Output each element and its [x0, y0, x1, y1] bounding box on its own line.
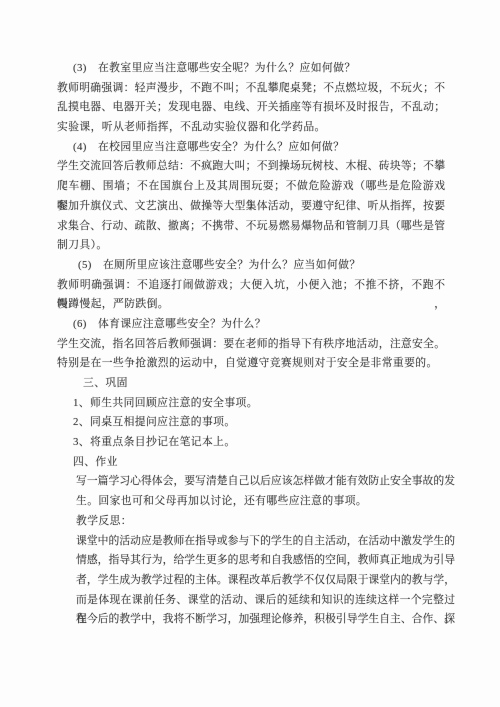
text-line: 三、巩固 — [57, 374, 445, 394]
text-line: 者，学生成为教学过程的主体。课程改革后教学不仅仅局限于课堂内的教与学， — [76, 571, 455, 591]
text-line: 实验课，听从老师指挥，不乱动实验仪器和化学药品。 — [57, 118, 445, 138]
text-block-upper: (3) 在教室里应当注意哪些安全呢？为什么？应如何做？教师明确强调：轻声漫步，不… — [57, 59, 445, 472]
text-line: 参加升旗仪式、文艺演出、做操等大型集体活动，要遵守纪律、听从指挥，按要 — [57, 197, 445, 217]
document-text: (3) 在教室里应当注意哪些安全呢？为什么？应如何做？教师明确强调：轻声漫步，不… — [0, 59, 500, 630]
text-line: (6) 体育课应注意哪些安全？为什么？ — [57, 315, 445, 335]
text-block-lower: 写一篇学习心得体会，要写清楚自己以后应该怎样做才能有效防止安全事故的发生。回家也… — [76, 472, 455, 630]
text-line: 学生交流回答后教师总结：不疯跑大叫；不到操场玩树枝、木棍、砖块等；不攀 — [57, 157, 445, 177]
text-line: 爬车棚、围墙；不在国旗台上及其周围玩耍；不做危险游戏（哪些是危险游戏呢）； — [57, 177, 445, 197]
text-line: 乱摸电器、电器开关；发现电器、电线、开关插座等有损坏及时报告，不乱动； — [57, 98, 445, 118]
text-line: (3) 在教室里应当注意哪些安全呢？为什么？应如何做？ — [57, 59, 445, 79]
text-line: (5) 在厕所里应该注意哪些安全？为什么？应当如何做？ — [57, 256, 445, 276]
text-line: 1、师生共同回顾应注意的安全事项。 — [57, 394, 445, 414]
text-line: 教师明确强调：轻声漫步，不跑不叫；不乱攀爬桌凳；不点燃垃圾，不玩火；不 — [57, 79, 445, 99]
text-line: 特别是在一些争抢激烈的运动中，自觉遵守竞赛规则对于安全是非常重要的。 — [57, 354, 445, 374]
text-line: 教师明确强调：不追逐打闹做游戏；大便入坑，小便入池；不推不挤，不跑不叫， — [57, 276, 445, 296]
text-line: 而是体现在课前任务、课堂的活动、课后的延续和知识的连续这样一个完整过程。 — [76, 591, 455, 611]
text-line: 写一篇学习心得体会，要写清楚自己以后应该怎样做才能有效防止安全事故的发 — [76, 472, 455, 492]
text-line: 课堂中的活动应是教师在指导或参与下的学生的自主活动，在活动中激发学生的 — [76, 532, 455, 552]
text-line: 制刀具）。 — [57, 236, 445, 256]
text-line: 在今后的教学中，我将不断学习，加强理论修养，积极引导学生自主、合作、探 — [76, 610, 455, 630]
text-line: (4) 在校园里应当注意哪些安全？为什么？应如何做？ — [57, 138, 445, 158]
text-line: 2、同桌互相提问应注意的事项。 — [57, 413, 445, 433]
text-line: 学生交流，指名回答后教师强调：要在老师的指导下有秩序地活动，注意安全。 — [57, 335, 445, 355]
document-page: (3) 在教室里应当注意哪些安全呢？为什么？应如何做？教师明确强调：轻声漫步，不… — [0, 0, 500, 707]
text-line: 情感，指导其行为，给学生更多的思考和自我感悟的空间，教师真正地成为引导 — [76, 551, 455, 571]
text-line: 3、将重点条目抄记在笔记本上。 — [57, 433, 445, 453]
text-line: 四、作业 — [57, 453, 445, 473]
text-line: 教学反思： — [76, 512, 455, 532]
text-line: 求集合、行动、疏散、撤离；不携带、不玩易燃易爆物品和管制刀具（哪些是管 — [57, 217, 445, 237]
text-line: 生。回家也可和父母再加以讨论，还有哪些应注意的事项。 — [76, 492, 455, 512]
